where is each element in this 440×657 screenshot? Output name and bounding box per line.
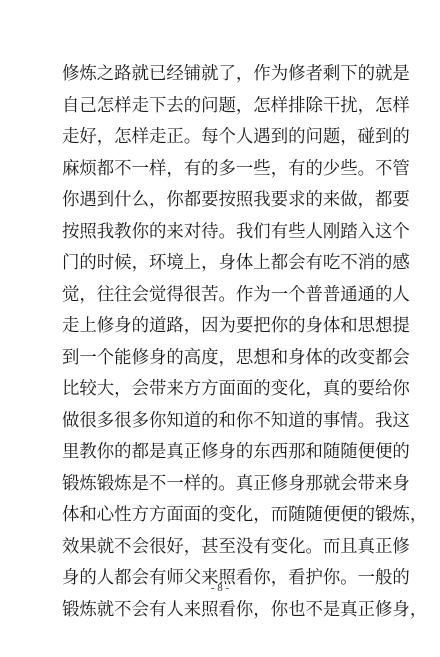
text-line: 走上修身的道路，因为要把你的身体和思想提: [62, 311, 380, 343]
text-line: 做很多很多你知道的和你不知道的事情。我这: [62, 406, 380, 438]
text-line: 锻炼锻炼是不一样的。真正修身那就会带来身: [62, 469, 380, 501]
text-line: 门的时候，环境上，身体上都会有吃不消的感: [62, 248, 380, 280]
text-line: 修炼之路就已经铺就了，作为修者剩下的就是: [62, 59, 380, 91]
text-line: 锻炼就不会有人来照看你，你也不是真正修身，: [62, 595, 380, 627]
page-number: - 8 -: [0, 582, 440, 594]
text-line: 到一个能修身的高度，思想和身体的改变都会: [62, 343, 380, 375]
text-line: 比较大，会带来方方面面的变化，真的要给你: [62, 374, 380, 406]
text-line: 自己怎样走下去的问题，怎样排除干扰，怎样: [62, 91, 380, 123]
text-line: 觉，往往会觉得很苦。作为一个普普通通的人: [62, 280, 380, 312]
text-line: 你遇到什么，你都要按照我要求的来做，都要: [62, 185, 380, 217]
text-line: 里教你的都是真正修身的东西那和随随便便的: [62, 437, 380, 469]
text-line: 体和心性方方面面的变化，而随随便便的锻炼，: [62, 500, 380, 532]
document-page: 修炼之路就已经铺就了，作为修者剩下的就是 自己怎样走下去的问题，怎样排除干扰，怎…: [0, 0, 440, 657]
text-line: 按照我教你的来对待。我们有些人刚踏入这个: [62, 217, 380, 249]
text-line: 效果就不会很好，甚至没有变化。而且真正修: [62, 532, 380, 564]
text-line: 走好，怎样走正。每个人遇到的问题，碰到的: [62, 122, 380, 154]
body-paragraph: 修炼之路就已经铺就了，作为修者剩下的就是 自己怎样走下去的问题，怎样排除干扰，怎…: [62, 59, 380, 626]
text-line: 麻烦都不一样，有的多一些，有的少些。不管: [62, 154, 380, 186]
